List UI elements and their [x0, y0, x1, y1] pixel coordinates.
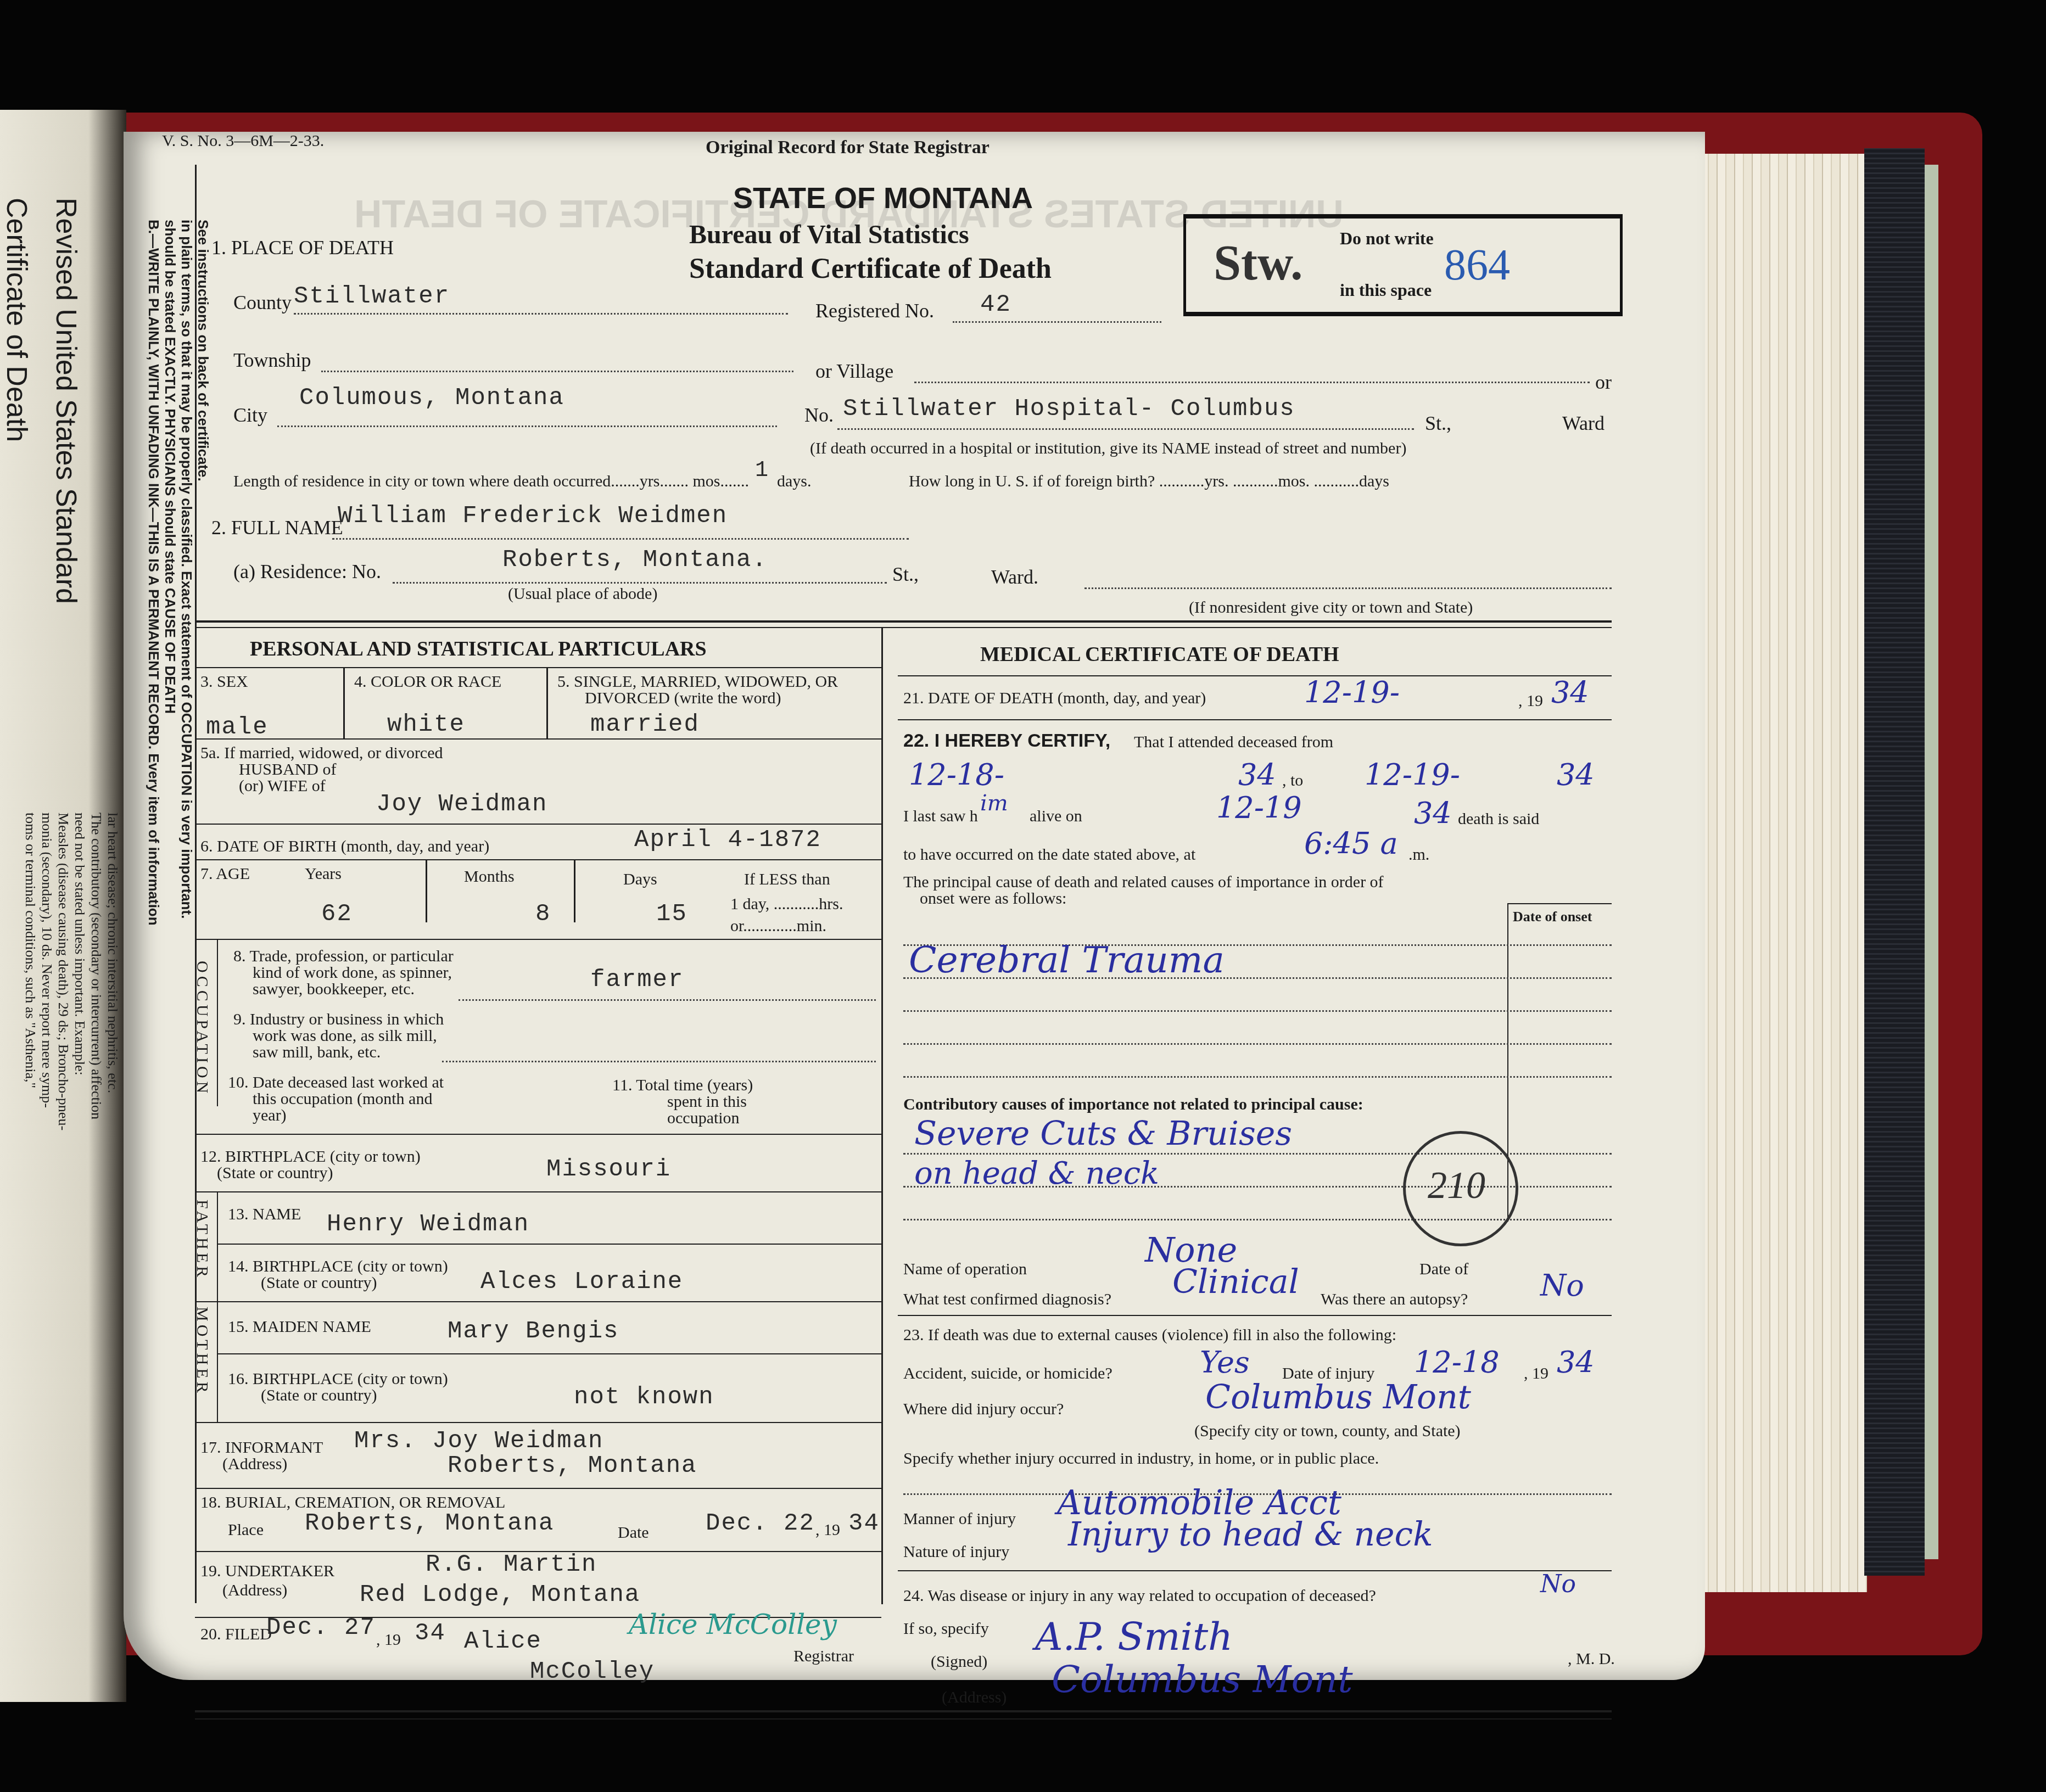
in-this-space-label: in this space	[1340, 280, 1432, 300]
date-of-death-label: 21. DATE OF DEATH (month, day, and year)	[903, 689, 1206, 708]
filed-label: 20. FILED	[200, 1625, 272, 1644]
mother-birthplace-label-2: (State or country)	[261, 1386, 377, 1405]
left-page-body-5: monia (secondary), 10 ds. Never report m…	[38, 813, 55, 1108]
last-saw-date: 12-19	[1216, 791, 1302, 825]
mother-name-value: Mary Bengis	[448, 1318, 619, 1345]
date-of-death-year-prefix: , 19	[1518, 692, 1543, 710]
residence-length-label: Length of residence in city or town wher…	[233, 472, 749, 491]
test-label: What test confirmed diagnosis?	[903, 1290, 1111, 1309]
operation-date-label: Date of	[1419, 1260, 1468, 1279]
undertaker-address-label: (Address)	[222, 1581, 287, 1600]
city-value: Columous, Montana	[299, 384, 564, 412]
cause-code: 210	[1428, 1164, 1485, 1208]
or-village-label: or Village	[815, 360, 893, 383]
left-page-body-3: need not be stated unless important. Exa…	[71, 813, 88, 1076]
md-label: , M. D.	[1568, 1650, 1615, 1668]
hospital-no-label: No.	[804, 404, 834, 427]
or-label: or	[1595, 371, 1612, 394]
state-title: STATE OF MONTANA	[733, 181, 1033, 215]
registrar-typed-last: McColley	[530, 1658, 655, 1685]
father-side-label: FATHER	[193, 1200, 211, 1280]
foreign-birth-label: How long in U. S. if of foreign birth? .…	[909, 472, 1389, 491]
original-record-label: Original Record for State Registrar	[706, 137, 990, 158]
bureau-title: Bureau of Vital Statistics	[689, 220, 969, 250]
injury-year-prefix: , 19	[1524, 1364, 1549, 1383]
filed-year-prefix: , 19	[376, 1631, 401, 1649]
informant-address-label: (Address)	[222, 1455, 287, 1474]
registrar-typed-first: Alice	[464, 1628, 542, 1655]
occupation-side-label: OCCUPATION	[193, 961, 211, 1096]
spouse-label-2: HUSBAND of	[239, 760, 337, 779]
last-saw-pronoun: im	[980, 791, 1008, 816]
registrar-signature: Alice McColley	[629, 1609, 837, 1640]
signed-label: (Signed)	[931, 1653, 987, 1671]
county-value: Stillwater	[294, 283, 450, 310]
left-page-body-1: lar heart disease; chronic intersitial n…	[104, 813, 121, 1093]
accident-value: Yes	[1200, 1345, 1250, 1380]
last-worked-label-2: this occupation (month and	[253, 1090, 432, 1108]
injury-date-value: 12-18	[1414, 1345, 1500, 1380]
date-of-death-value: 12-19-	[1304, 675, 1400, 710]
where-value: Columbus Mont	[1205, 1378, 1471, 1416]
father-birthplace-label-1: 14. BIRTHPLACE (city or town)	[228, 1257, 448, 1276]
column-divider	[881, 627, 883, 1604]
marital-value: married	[590, 711, 700, 738]
burial-year-value: 34	[848, 1510, 880, 1537]
filed-date-value: Dec. 27	[266, 1614, 376, 1642]
burial-label: 18. BURIAL, CREMATION, OR REMOVAL	[200, 1493, 505, 1512]
code-circle: 210	[1403, 1131, 1518, 1246]
mother-birthplace-label-1: 16. BIRTHPLACE (city or town)	[228, 1370, 448, 1388]
father-birthplace-label-2: (State or country)	[261, 1274, 377, 1292]
birthplace-label-2: (State or country)	[217, 1164, 333, 1183]
sex-label: 3. SEX	[200, 673, 248, 691]
nonresident-note: (If nonresident give city or town and St…	[1189, 598, 1473, 617]
occupation-related-value: No	[1540, 1570, 1576, 1598]
abode-note: (Usual place of abode)	[508, 585, 657, 603]
external-causes-label: 23. If death was due to external causes …	[903, 1326, 1396, 1345]
registered-no-value: 42	[980, 291, 1011, 318]
attended-from-year: 34	[1238, 758, 1276, 792]
trade-label-2: kind of work done, as spinner,	[253, 964, 452, 982]
physician-address-label: (Address)	[942, 1688, 1007, 1707]
total-time-label-3: occupation	[667, 1109, 740, 1128]
dob-value: April 4-1872	[634, 826, 821, 854]
minutes-label: or.............min.	[730, 917, 826, 936]
industry-label-2: work was done, as silk mill,	[253, 1027, 437, 1045]
medical-section-title: MEDICAL CERTIFICATE OF DEATH	[980, 642, 1339, 667]
mother-birthplace-value: not known	[574, 1384, 714, 1411]
personal-section-title: PERSONAL AND STATISTICAL PARTICULARS	[250, 637, 707, 661]
st-label: St.,	[1425, 412, 1451, 435]
hospital-note: (If death occurred in a hospital or inst…	[810, 439, 1406, 458]
age-months-value: 8	[535, 900, 551, 928]
township-label: Township	[233, 349, 311, 372]
mother-name-label: 15. MAIDEN NAME	[228, 1318, 371, 1336]
date-of-onset-label: Date of onset	[1513, 909, 1592, 925]
where-note: (Specify city or town, county, and State…	[1194, 1422, 1461, 1441]
occupation-related-label: 24. Was disease or injury in any way rel…	[903, 1587, 1376, 1605]
spouse-value: Joy Weidman	[376, 791, 547, 818]
spouse-label-1: 5a. If married, widowed, or divorced	[200, 744, 443, 763]
total-time-label-1: 11. Total time (years)	[612, 1076, 753, 1095]
date-of-death-year: 34	[1551, 675, 1589, 710]
spouse-label-3: (or) WIFE of	[239, 777, 326, 796]
form-number: V. S. No. 3—6M—2-33.	[162, 132, 324, 150]
last-worked-label-3: year)	[253, 1106, 287, 1125]
attended-to-value: 12-19-	[1365, 758, 1460, 792]
last-saw-year: 34	[1414, 796, 1452, 831]
physician-signature: A.P. Smith	[1035, 1614, 1233, 1659]
full-name-label: 2. FULL NAME	[211, 516, 343, 539]
where-label: Where did injury occur?	[903, 1400, 1064, 1419]
attended-to-label: , to	[1282, 771, 1303, 790]
trade-label-3: sawyer, bookkeeper, etc.	[253, 980, 415, 999]
years-label: Years	[305, 865, 342, 883]
margin-instruction-3: in plain terms, so that it may be proper…	[178, 220, 195, 919]
trade-label-1: 8. Trade, profession, or particular	[233, 947, 454, 966]
hospital-value: Stillwater Hospital- Columbus	[843, 395, 1295, 423]
left-page-body-6: toms or terminal conditions, such as "As…	[22, 813, 38, 1088]
marital-label-2: DIVORCED (write the word)	[585, 689, 781, 708]
undertaker-address-value: Red Lodge, Montana	[360, 1581, 640, 1609]
margin-instruction-1: B.—WRITE PLAINLY, WITH UNFADING INK—THIS…	[145, 220, 162, 926]
burial-place-label: Place	[228, 1521, 264, 1539]
autopsy-label: Was there an autopsy?	[1321, 1290, 1468, 1309]
informant-value: Mrs. Joy Weidman	[354, 1427, 603, 1455]
burial-place-value: Roberts, Montana	[305, 1510, 554, 1537]
specify-place-label: Specify whether injury occurred in indus…	[903, 1449, 1379, 1468]
county-code: Stw.	[1214, 235, 1303, 292]
nature-value: Injury to head & neck	[1068, 1515, 1433, 1554]
margin-instruction-2: should be stated EXACTLY. PHYSICIANS sho…	[161, 220, 178, 714]
alive-on-label: alive on	[1030, 807, 1082, 826]
undertaker-label: 19. UNDERTAKER	[200, 1562, 334, 1581]
hours-label: 1 day, ...........hrs.	[730, 895, 843, 914]
physician-address-value: Columbus Mont	[1052, 1658, 1353, 1701]
principal-cause-label-2: onset were as follows:	[920, 889, 1066, 908]
contributory-cause-2: on head & neck	[914, 1156, 1159, 1191]
registrar-label: Registrar	[793, 1647, 854, 1666]
ward-label: Ward	[1562, 412, 1605, 435]
certify-label: 22. I HEREBY CERTIFY,	[903, 730, 1110, 752]
registered-no-label: Registered No.	[815, 299, 934, 322]
accident-label: Accident, suicide, or homicide?	[903, 1364, 1113, 1383]
certificate-number: 864	[1444, 240, 1510, 290]
registrar-number-box: Stw. Do not write in this space 864	[1183, 214, 1623, 316]
left-page-title-2: Certificate of Death	[0, 198, 33, 442]
total-time-label-2: spent in this	[667, 1093, 747, 1111]
father-name-value: Henry Weidman	[327, 1211, 529, 1238]
full-name-value: William Frederick Weidmen	[338, 502, 728, 530]
principal-cause-label-1: The principal cause of death and related…	[903, 873, 1384, 892]
left-page-body-2: The contributory (secondary or intercurr…	[88, 813, 104, 1119]
operation-label: Name of operation	[903, 1260, 1027, 1279]
injury-year-value: 34	[1557, 1345, 1595, 1380]
left-page: Revised United States Standard Certifica…	[0, 110, 126, 1702]
father-birthplace-value: Alces Loraine	[480, 1268, 683, 1296]
mother-side-label: MOTHER	[193, 1307, 211, 1396]
death-said-label: death is said	[1458, 810, 1539, 828]
less-than-label: If LESS than	[744, 870, 830, 889]
attended-to-year: 34	[1557, 758, 1595, 792]
informant-label: 17. INFORMANT	[200, 1438, 323, 1457]
left-page-body-4: Measles (disease causing death), 29 ds.;…	[55, 813, 71, 1130]
days-label: Days	[623, 870, 657, 889]
book-spine	[1864, 148, 1925, 1576]
marital-label-1: 5. SINGLE, MARRIED, WIDOWED, OR	[557, 673, 838, 691]
certificate-title: Standard Certificate of Death	[689, 253, 1052, 285]
occurred-label: to have occurred on the date stated abov…	[903, 845, 1195, 864]
residence-days-value: 1	[755, 458, 769, 483]
industry-label-3: saw mill, bank, etc.	[253, 1043, 381, 1062]
time-of-death: 6:45 a	[1304, 826, 1398, 861]
certify-text: That I attended deceased from	[1134, 733, 1333, 752]
test-value: Clinical	[1172, 1263, 1299, 1301]
age-label: 7. AGE	[200, 865, 250, 883]
residence-st-label: St.,	[892, 563, 919, 586]
burial-date-value: Dec. 22	[706, 1510, 815, 1537]
dob-label: 6. DATE OF BIRTH (month, day, and year)	[200, 837, 489, 856]
age-years-value: 62	[321, 900, 353, 928]
residence-ward-label: Ward.	[991, 565, 1038, 589]
if-so-label: If so, specify	[903, 1620, 989, 1638]
burial-year-prefix: , 19	[815, 1521, 840, 1539]
race-label: 4. COLOR OR RACE	[354, 673, 501, 691]
place-of-death-label: 1. PLACE OF DEATH	[211, 236, 394, 259]
residence-label: (a) Residence: No.	[233, 560, 381, 583]
last-worked-label-1: 10. Date deceased last worked at	[228, 1073, 444, 1092]
filed-year-value: 34	[415, 1620, 446, 1647]
residence-value: Roberts, Montana.	[502, 546, 768, 574]
burial-date-label: Date	[618, 1524, 649, 1542]
race-value: white	[387, 711, 465, 738]
m-label: .m.	[1408, 845, 1429, 864]
city-label: City	[233, 404, 267, 427]
manner-label: Manner of injury	[903, 1510, 1016, 1528]
sex-value: male	[206, 714, 269, 741]
birthplace-value: Missouri	[546, 1156, 671, 1183]
autopsy-value: No	[1540, 1268, 1584, 1303]
birthplace-label-1: 12. BIRTHPLACE (city or town)	[200, 1147, 421, 1166]
father-name-label: 13. NAME	[228, 1205, 301, 1224]
attended-from-value: 12-18-	[909, 758, 1004, 792]
trade-value: farmer	[590, 966, 684, 994]
age-days-value: 15	[656, 900, 687, 928]
days-label: days.	[777, 472, 812, 491]
contributory-label: Contributory causes of importance not re…	[903, 1095, 1363, 1114]
county-label: County	[233, 291, 292, 314]
page-edges	[1691, 154, 1867, 1592]
months-label: Months	[464, 867, 515, 886]
left-page-title-1: Revised United States Standard	[49, 198, 82, 604]
death-certificate-form: V. S. No. 3—6M—2-33. Original Record for…	[195, 165, 1612, 1620]
do-not-write-label: Do not write	[1340, 228, 1434, 249]
industry-label-1: 9. Industry or business in which	[233, 1010, 444, 1029]
contributory-cause-1: Severe Cuts & Bruises	[914, 1115, 1292, 1153]
undertaker-value: R.G. Martin	[426, 1551, 597, 1578]
last-saw-label: I last saw h	[903, 807, 978, 826]
informant-address-value: Roberts, Montana	[448, 1452, 697, 1480]
nature-label: Nature of injury	[903, 1543, 1009, 1561]
principal-cause-value: Cerebral Trauma	[909, 939, 1225, 981]
